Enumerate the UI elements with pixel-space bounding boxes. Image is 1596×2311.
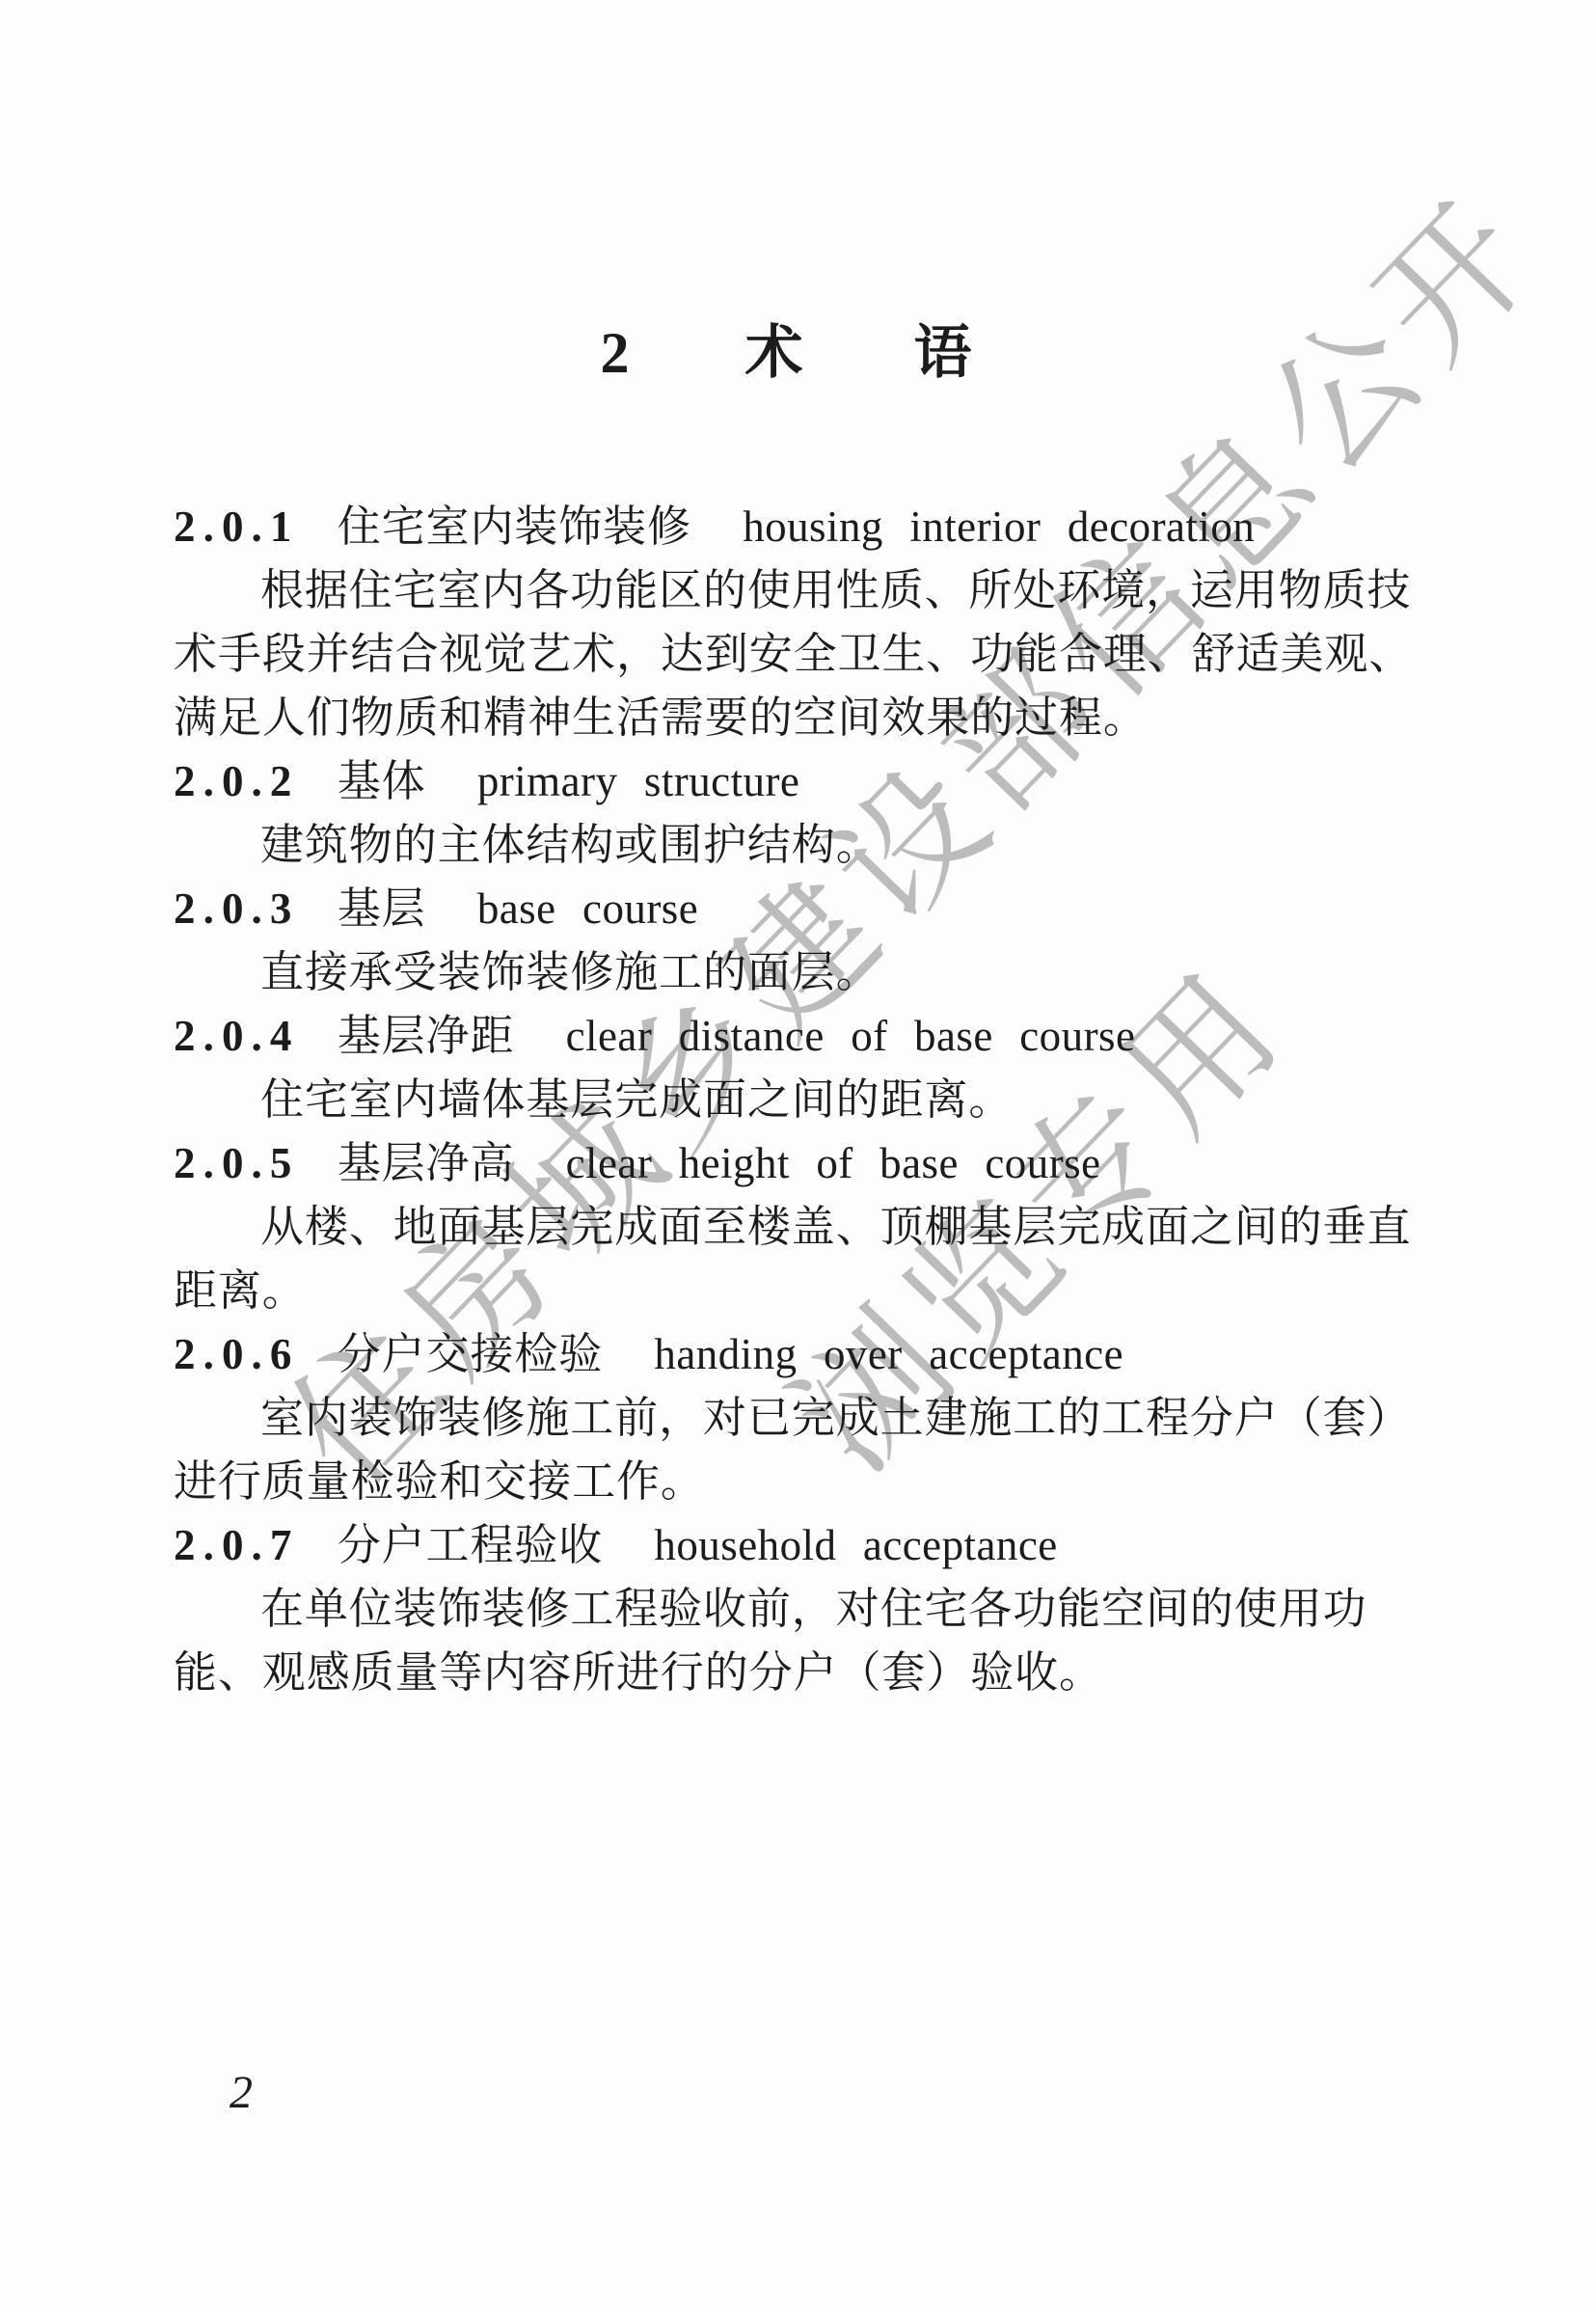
term-number: 2.0.3 [174,884,300,933]
term-heading: 2.0.3 基层 base course [174,877,1398,940]
paragraph-line: 建筑物的主体结构或围护结构。 [174,813,1398,877]
paragraph-line: 进行质量检验和交接工作。 [174,1450,1398,1513]
term-english: handing over acceptance [654,1330,1123,1378]
term-heading: 2.0.5 基层净高 clear height of base course [174,1131,1398,1195]
term-chinese: 分户工程验收 [338,1521,603,1569]
paragraph-line: 直接承受装饰装修施工的面层。 [174,940,1398,1004]
page-content: 2 术 语 2.0.1 住宅室内装饰装修 housing interior de… [0,0,1596,1704]
term-heading: 2.0.2 基体 primary structure [174,749,1398,813]
term-heading: 2.0.1 住宅室内装饰装修 housing interior decorati… [174,495,1398,558]
term-section: 2.0.6 分户交接检验 handing over acceptance 室内装… [174,1322,1398,1513]
term-section: 2.0.3 基层 base course 直接承受装饰装修施工的面层。 [174,877,1398,1004]
term-section: 2.0.1 住宅室内装饰装修 housing interior decorati… [174,495,1398,749]
term-english: primary structure [477,757,800,805]
term-chinese: 基体 [338,757,426,805]
paragraph-line: 术手段并结合视觉艺术，达到安全卫生、功能合理、舒适美观、 [174,622,1398,686]
term-chinese: 基层净高 [338,1139,515,1187]
chapter-title: 2 术 语 [174,323,1398,383]
term-english: housing interior decoration [743,503,1255,551]
document-page: 住房城乡建设部信息公开 浏览专用 2 术 语 2.0.1 住宅室内装饰装修 ho… [0,0,1596,2311]
page-number: 2 [230,2066,253,2119]
term-definition: 室内装饰装修施工前，对已完成土建施工的工程分户（套）进行质量检验和交接工作。 [174,1386,1398,1513]
term-heading: 2.0.4 基层净距 clear distance of base course [174,1004,1398,1068]
paragraph-line: 根据住宅室内各功能区的使用性质、所处环境，运用物质技 [174,558,1398,622]
paragraph-line: 能、观感质量等内容所进行的分户（套）验收。 [174,1641,1398,1704]
chapter-title-word-2: 语 [914,323,972,383]
term-section: 2.0.7 分户工程验收 household acceptance 在单位装饰装… [174,1513,1398,1704]
term-definition: 建筑物的主体结构或围护结构。 [174,813,1398,877]
paragraph-line: 在单位装饰装修工程验收前，对住宅各功能空间的使用功 [174,1577,1398,1641]
term-heading: 2.0.7 分户工程验收 household acceptance [174,1513,1398,1577]
term-english: household acceptance [654,1521,1057,1569]
term-section: 2.0.4 基层净距 clear distance of base course… [174,1004,1398,1131]
term-heading: 2.0.6 分户交接检验 handing over acceptance [174,1322,1398,1386]
term-chinese: 基层净距 [338,1012,515,1060]
term-definition: 直接承受装饰装修施工的面层。 [174,940,1398,1004]
term-definition: 从楼、地面基层完成面至楼盖、顶棚基层完成面之间的垂直距离。 [174,1195,1398,1322]
term-definition: 根据住宅室内各功能区的使用性质、所处环境，运用物质技术手段并结合视觉艺术，达到安… [174,558,1398,749]
chapter-title-word-1: 术 [745,323,803,383]
sections: 2.0.1 住宅室内装饰装修 housing interior decorati… [174,495,1398,1704]
term-english: clear distance of base course [566,1012,1136,1060]
paragraph-line: 满足人们物质和精神生活需要的空间效果的过程。 [174,686,1398,749]
term-chinese: 分户交接检验 [338,1330,603,1378]
term-section: 2.0.5 基层净高 clear height of base course 从… [174,1131,1398,1322]
term-number: 2.0.2 [174,757,300,805]
term-definition: 在单位装饰装修工程验收前，对住宅各功能空间的使用功能、观感质量等内容所进行的分户… [174,1577,1398,1704]
paragraph-line: 室内装饰装修施工前，对已完成土建施工的工程分户（套） [174,1386,1398,1450]
term-section: 2.0.2 基体 primary structure 建筑物的主体结构或围护结构… [174,749,1398,877]
term-english: clear height of base course [566,1139,1101,1187]
term-number: 2.0.7 [174,1521,300,1569]
term-definition: 住宅室内墙体基层完成面之间的距离。 [174,1068,1398,1131]
paragraph-line: 距离。 [174,1259,1398,1322]
term-chinese: 住宅室内装饰装修 [338,503,691,551]
term-chinese: 基层 [338,884,426,933]
chapter-number: 2 [601,323,630,383]
term-number: 2.0.1 [174,503,300,551]
paragraph-line: 住宅室内墙体基层完成面之间的距离。 [174,1068,1398,1131]
term-english: base course [477,884,698,933]
term-number: 2.0.6 [174,1330,300,1378]
term-number: 2.0.5 [174,1139,300,1187]
term-number: 2.0.4 [174,1012,300,1060]
paragraph-line: 从楼、地面基层完成面至楼盖、顶棚基层完成面之间的垂直 [174,1195,1398,1259]
